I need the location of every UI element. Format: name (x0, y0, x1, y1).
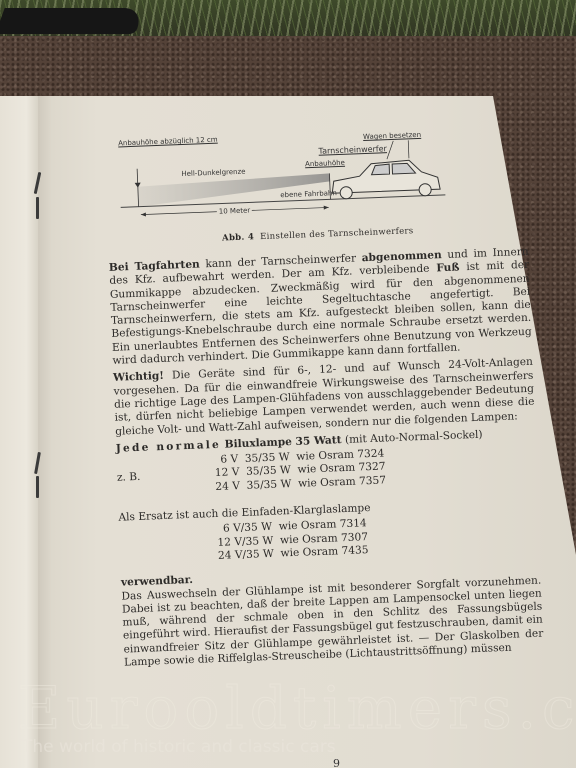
paragraph-important: Wichtig! Die Geräte sind für 6-, 12- und… (113, 356, 535, 439)
dark-object (0, 8, 145, 34)
spaced-term: Jede normale (116, 439, 222, 455)
watermark-tagline: The world of historic and classic cars (22, 737, 336, 757)
bold-term: Biluxlampe 35 Watt (221, 434, 342, 451)
headlight-adjustment-diagram: Anbauhöhe abzüglich 12 cm Hell-Dunkelgre… (118, 127, 451, 232)
binding-stitch (36, 197, 39, 219)
text-run: (mit Auto-Normal-Sockel) (341, 429, 482, 446)
page-number: 9 (333, 757, 340, 768)
caption-text: Einstellen des Tarnscheinwerfers (260, 226, 414, 242)
page-content: Anbauhöhe abzüglich 12 cm Hell-Dunkelgre… (104, 124, 544, 674)
label-mount-height: Anbauhöhe (305, 159, 345, 169)
caption-number: Abb. 4 (222, 232, 254, 243)
binding-stitch (36, 476, 39, 498)
text-run: Die Geräte sind für 6-, 12- und auf Wuns… (113, 356, 534, 437)
replacement-outro: verwendbar. (121, 574, 193, 589)
paragraph-bulb-replacement: Das Auswechseln der Glühlampe ist mit be… (121, 574, 544, 670)
paragraph-day-driving: Bei Tagfahrten kann der Tarnscheinwerfer… (109, 246, 533, 368)
watermark-logo: Eurooldtimers.com (18, 674, 576, 742)
example-label: z. B. (117, 471, 141, 485)
bold-term: Fuß (436, 262, 460, 275)
label-distance: 10 Meter (217, 206, 253, 215)
bold-term: Wichtig! (113, 370, 164, 384)
left-page-edge (0, 96, 38, 768)
